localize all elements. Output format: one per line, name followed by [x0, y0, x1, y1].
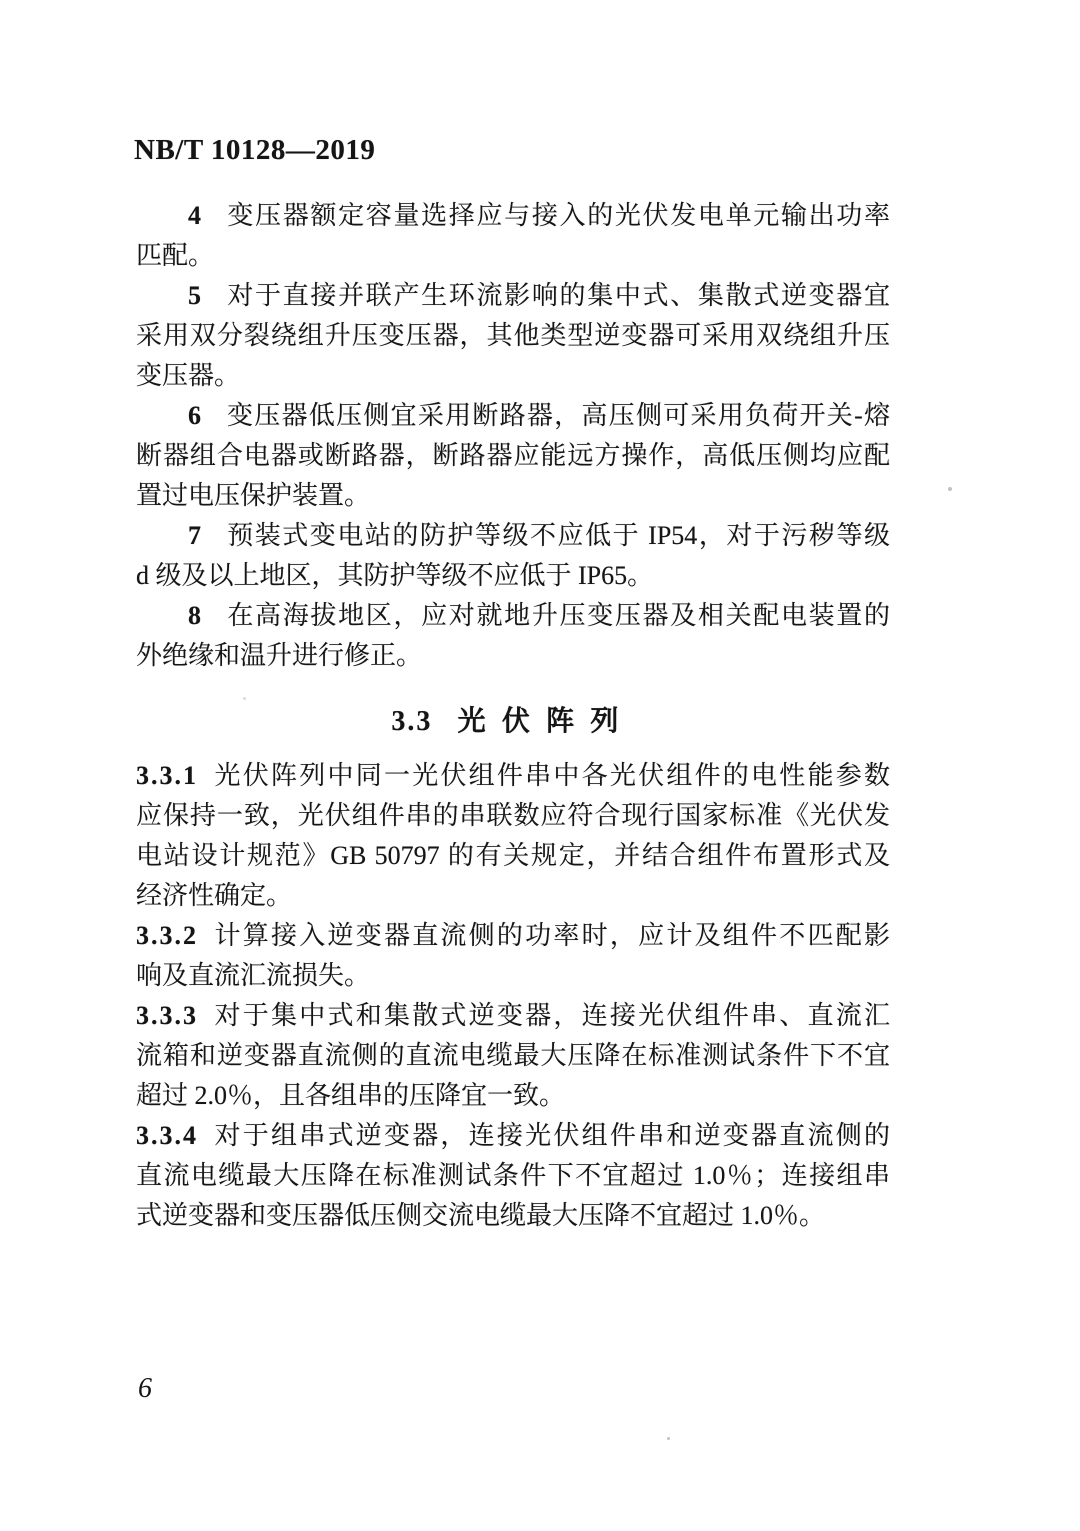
clause-text: 计算接入逆变器直流侧的功率时，应计及组件不匹配影 [212, 921, 890, 950]
item-number: 8 [188, 601, 201, 630]
text-line: 3.3.4对于组串式逆变器，连接光伏组件串和逆变器直流侧的 [136, 1116, 890, 1156]
item-number: 6 [188, 401, 201, 430]
item-number: 7 [188, 521, 201, 550]
text-line: 3.3.1光伏阵列中同一光伏组件串中各光伏组件的电性能参数 [136, 756, 890, 796]
text-line: 流箱和逆变器直流侧的直流电缆最大压降在标准测试条件下不宜 [136, 1036, 890, 1076]
item-number: 5 [188, 281, 201, 310]
scan-artifact [667, 1437, 670, 1440]
text-line: 直流电缆最大压降在标准测试条件下不宜超过 1.0％；连接组串 [136, 1156, 890, 1196]
text-line: 置过电压保护装置。 [136, 476, 890, 516]
text-line: 应保持一致，光伏组件串的串联数应符合现行国家标准《光伏发 [136, 796, 890, 836]
section-heading: 3.3光伏阵列 [136, 702, 890, 742]
clause-text: 光伏阵列中同一光伏组件串中各光伏组件的电性能参数 [212, 761, 890, 790]
text-line: 8在高海拔地区，应对就地升压变压器及相关配电装置的 [136, 596, 890, 636]
text-line: 超过 2.0％，且各组串的压降宜一致。 [136, 1076, 890, 1116]
text-line: 4变压器额定容量选择应与接入的光伏发电单元输出功率 [136, 196, 890, 236]
clause-number: 3.3.4 [136, 1121, 198, 1150]
clause-text: 对于集中式和集散式逆变器，连接光伏组件串、直流汇 [212, 1001, 890, 1030]
text-line: 3.3.2计算接入逆变器直流侧的功率时，应计及组件不匹配影 [136, 916, 890, 956]
text-line: 断器组合电器或断路器，断路器应能远方操作，高低压侧均应配 [136, 436, 890, 476]
item-text: 对于直接并联产生环流影响的集中式、集散式逆变器宜 [226, 281, 890, 310]
clause-number: 3.3.2 [136, 921, 198, 950]
section-title: 光伏阵列 [458, 706, 635, 737]
item-text: 预装式变电站的防护等级不应低于 IP54，对于污秽等级 [226, 521, 890, 550]
text-line: 7预装式变电站的防护等级不应低于 IP54，对于污秽等级 [136, 516, 890, 556]
item-text: 在高海拔地区，应对就地升压变压器及相关配电装置的 [226, 601, 890, 630]
text-line: 式逆变器和变压器低压侧交流电缆最大压降不宜超过 1.0％。 [136, 1196, 890, 1236]
text-line: 匹配。 [136, 236, 890, 276]
clause-text: 对于组串式逆变器，连接光伏组件串和逆变器直流侧的 [212, 1121, 890, 1150]
document-page: NB/T 10128—2019 4变压器额定容量选择应与接入的光伏发电单元输出功… [0, 0, 1080, 1531]
page-number: 6 [138, 1372, 152, 1406]
text-line: 外绝缘和温升进行修正。 [136, 636, 890, 676]
document-body: 4变压器额定容量选择应与接入的光伏发电单元输出功率 匹配。 5对于直接并联产生环… [136, 196, 890, 1236]
item-text: 变压器额定容量选择应与接入的光伏发电单元输出功率 [226, 201, 890, 230]
text-line: 经济性确定。 [136, 876, 890, 916]
clause-number: 3.3.1 [136, 761, 198, 790]
clause-number: 3.3.3 [136, 1001, 198, 1030]
text-line: 采用双分裂绕组升压变压器，其他类型逆变器可采用双绕组升压 [136, 316, 890, 356]
scan-artifact [948, 487, 952, 491]
text-line: 响及直流汇流损失。 [136, 956, 890, 996]
scan-artifact [243, 697, 246, 700]
item-text: 变压器低压侧宜采用断路器，高压侧可采用负荷开关-熔 [226, 401, 890, 430]
text-line: 3.3.3对于集中式和集散式逆变器，连接光伏组件串、直流汇 [136, 996, 890, 1036]
text-line: d 级及以上地区，其防护等级不应低于 IP65。 [136, 556, 890, 596]
item-number: 4 [188, 201, 201, 230]
standard-number: NB/T 10128—2019 [134, 132, 375, 168]
text-line: 电站设计规范》GB 50797 的有关规定，并结合组件布置形式及 [136, 836, 890, 876]
text-line: 6变压器低压侧宜采用断路器，高压侧可采用负荷开关-熔 [136, 396, 890, 436]
section-number: 3.3 [391, 706, 432, 737]
text-line: 5对于直接并联产生环流影响的集中式、集散式逆变器宜 [136, 276, 890, 316]
text-line: 变压器。 [136, 356, 890, 396]
